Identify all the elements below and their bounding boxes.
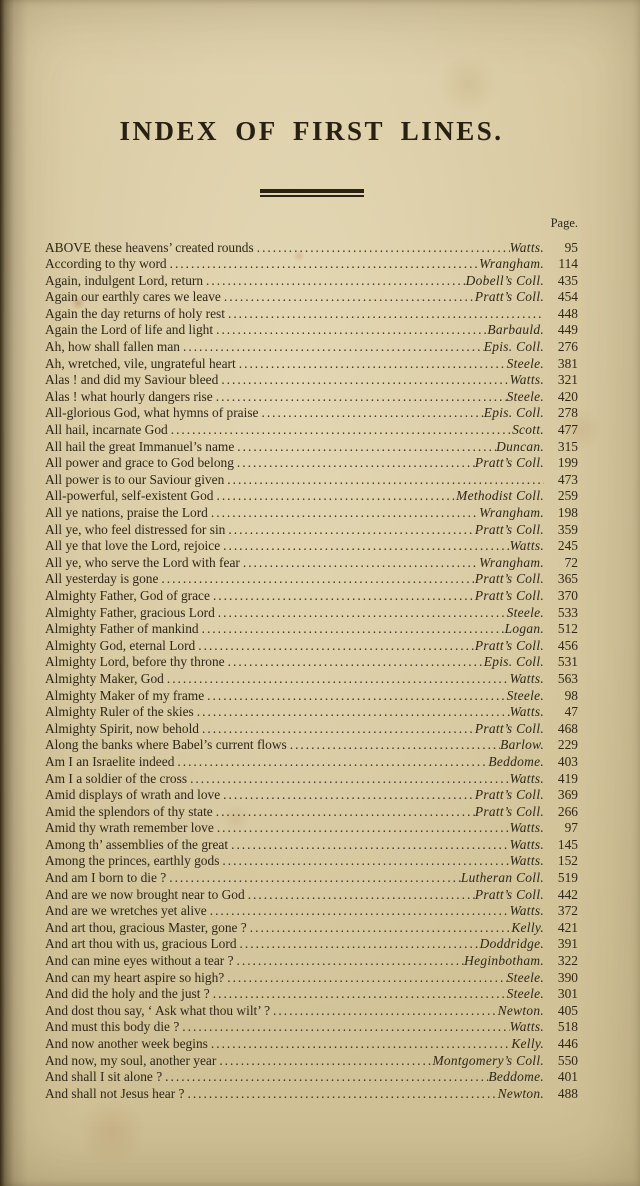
first-line-text: All hail the great Immanuel’s name	[45, 439, 234, 456]
page-number: 266	[549, 804, 578, 821]
author-name: Watts.	[510, 372, 544, 389]
first-line-text: Almighty Spirit, now behold	[45, 721, 199, 738]
page-number: 114	[549, 256, 578, 273]
page-number: 401	[549, 1069, 578, 1086]
page-number: 405	[549, 1003, 578, 1020]
first-line-text: Almighty God, eternal Lord	[45, 638, 195, 655]
first-line-text: And can my heart aspire so high?	[45, 970, 224, 987]
author-name: Steele.	[507, 389, 544, 406]
index-entry: Alas ! and did my Saviour bleed.........…	[45, 372, 578, 389]
dot-leader: ........................................…	[218, 372, 509, 389]
index-entry: All power and grace to God belong.......…	[45, 455, 578, 472]
page-number: 421	[549, 920, 578, 937]
dot-leader: ........................................…	[194, 704, 510, 721]
page-number: 456	[549, 638, 578, 655]
first-line-text: Amid the splendors of thy state	[45, 804, 213, 821]
index-entry: ABOVE these heavens’ created rounds.....…	[45, 240, 578, 257]
dot-leader: ........................................…	[247, 920, 512, 937]
first-line-text: All power and grace to God belong	[45, 455, 234, 472]
dot-leader: ........................................…	[245, 887, 475, 904]
author-name: Logan.	[505, 621, 544, 638]
page-number: 403	[549, 754, 578, 771]
dot-leader: ........................................…	[199, 621, 505, 638]
first-line-text: And am I born to die ?	[45, 870, 166, 887]
scanned-book-page: INDEX OF FIRST LINES. Page. ABOVE these …	[0, 0, 640, 1186]
index-entry: And shall I sit alone ?.................…	[45, 1069, 578, 1086]
first-line-text: And must this body die ?	[45, 1019, 179, 1036]
dot-leader: ........................................…	[270, 1003, 498, 1020]
first-line-text: And are we now brought near to God	[45, 887, 245, 904]
first-line-text: Alas ! what hourly dangers rise	[45, 389, 213, 406]
dot-leader: ........................................…	[213, 804, 475, 821]
dot-leader: ........................................…	[237, 936, 480, 953]
dot-leader: ........................................…	[213, 488, 456, 505]
index-entry: All yesterday is gone...................…	[45, 571, 578, 588]
author-name: Pratt’s Coll.	[475, 588, 544, 605]
page-number: 72	[549, 555, 578, 572]
index-entry: All ye nations, praise the Lord.........…	[45, 505, 578, 522]
dot-leader: ........................................…	[213, 389, 507, 406]
page-number: 145	[549, 837, 578, 854]
page-number: 98	[549, 688, 578, 705]
author-name: Wrangham.	[479, 555, 544, 572]
dot-leader: ........................................…	[215, 605, 507, 622]
first-line-text: All yesterday is gone	[45, 571, 158, 588]
index-entry: According to thy word...................…	[45, 256, 578, 273]
page-number: 519	[549, 870, 578, 887]
first-line-text: And now another week begins	[45, 1036, 208, 1053]
dot-leader: ........................................…	[187, 771, 510, 788]
author-name: Scott.	[512, 422, 544, 439]
dot-leader: ........................................…	[210, 986, 507, 1003]
first-line-text: Almighty Father of mankind	[45, 621, 199, 638]
dot-leader: ........................................…	[168, 422, 512, 439]
index-entry: And are we wretches yet alive...........…	[45, 903, 578, 920]
index-entry: All-glorious God, what hymns of praise..…	[45, 405, 578, 422]
author-name: Beddome.	[488, 754, 544, 771]
first-line-text: Am I a soldier of the cross	[45, 771, 187, 788]
index-entry: Amid the splendors of thy state.........…	[45, 804, 578, 821]
index-entry: Almighty Maker, God.....................…	[45, 671, 578, 688]
page-number: 390	[549, 970, 578, 987]
index-entry: Amid displays of wrath and love.........…	[45, 787, 578, 804]
author-name: Watts.	[510, 820, 544, 837]
first-line-text: And dost thou say, ‘ Ask what thou wilt’…	[45, 1003, 270, 1020]
first-line-text: Almighty Ruler of the skies	[45, 704, 194, 721]
dot-leader: ........................................…	[220, 538, 509, 555]
index-entry: All hail, incarnate God.................…	[45, 422, 578, 439]
dot-leader: ........................................…	[219, 853, 509, 870]
page-number: 449	[549, 322, 578, 339]
page-number: 550	[549, 1053, 578, 1070]
dot-leader: ........................................…	[240, 555, 479, 572]
index-entry: All power is to our Saviour given.......…	[45, 472, 578, 489]
dot-leader: ........................................…	[180, 339, 484, 356]
page-content: INDEX OF FIRST LINES. Page. ABOVE these …	[45, 0, 578, 1102]
dot-leader: ........................................…	[195, 638, 475, 655]
author-name: Montgomery’s Coll.	[432, 1053, 544, 1070]
author-name: Watts.	[510, 771, 544, 788]
page-number: 448	[549, 306, 578, 323]
first-line-text: All ye that love the Lord, rejoice	[45, 538, 220, 555]
first-line-text: Almighty Father, gracious Lord	[45, 605, 215, 622]
page-column-label: Page.	[45, 216, 578, 231]
dot-leader: ........................................…	[254, 240, 510, 257]
first-line-text: Am I an Israelite indeed	[45, 754, 174, 771]
dot-leader: ........................................…	[207, 903, 510, 920]
author-name: Watts.	[510, 837, 544, 854]
first-line-text: And can mine eyes without a tear ?	[45, 953, 234, 970]
index-entry: Almighty Father, God of grace...........…	[45, 588, 578, 605]
dot-leader: ........................................…	[184, 1086, 497, 1103]
dot-leader: ........................................…	[225, 654, 484, 671]
author-name: Pratt’s Coll.	[475, 522, 544, 539]
author-name: Duncan.	[496, 439, 544, 456]
dot-leader: ........................................…	[225, 306, 544, 323]
page-number: 531	[549, 654, 578, 671]
author-name: Watts.	[510, 704, 544, 721]
page-number: 391	[549, 936, 578, 953]
first-line-text: Ah, wretched, vile, ungrateful heart	[45, 356, 236, 373]
author-name: Watts.	[510, 671, 544, 688]
index-entry: All hail the great Immanuel’s name......…	[45, 439, 578, 456]
index-entry: Ah, wretched, vile, ungrateful heart....…	[45, 356, 578, 373]
index-entry: And now another week begins.............…	[45, 1036, 578, 1053]
first-line-text: Almighty Maker of my frame	[45, 688, 204, 705]
dot-leader: ........................................…	[204, 688, 506, 705]
dot-leader: ........................................…	[216, 1053, 432, 1070]
author-name: Methodist Coll.	[456, 488, 544, 505]
first-line-text: Amid thy wrath remember love	[45, 820, 214, 837]
dot-leader: ........................................…	[221, 289, 475, 306]
dot-leader: ........................................…	[208, 1036, 511, 1053]
author-name: Watts.	[510, 1019, 544, 1036]
index-entry: Again, indulgent Lord, return...........…	[45, 273, 578, 290]
index-entry: Almighty Father, gracious Lord..........…	[45, 605, 578, 622]
dot-leader: ........................................…	[234, 953, 465, 970]
index-entry: Again the Lord of life and light........…	[45, 322, 578, 339]
author-name: Pratt’s Coll.	[475, 638, 544, 655]
author-name: Barlow.	[500, 737, 544, 754]
author-name: Epis. Coll.	[484, 654, 544, 671]
page-number: 369	[549, 787, 578, 804]
page-number: 468	[549, 721, 578, 738]
author-name: Watts.	[510, 853, 544, 870]
title-rule	[260, 189, 364, 197]
dot-leader: ........................................…	[258, 405, 483, 422]
page-number: 512	[549, 621, 578, 638]
dot-leader: ........................................…	[214, 820, 510, 837]
author-name: Newton.	[498, 1003, 544, 1020]
dot-leader: ........................................…	[164, 671, 510, 688]
first-line-text: Again the Lord of life and light	[45, 322, 213, 339]
author-name: Pratt’s Coll.	[475, 571, 544, 588]
author-name: Steele.	[507, 986, 544, 1003]
dot-leader: ........................................…	[166, 870, 461, 887]
dot-leader: ........................................…	[208, 505, 479, 522]
author-name: Newton.	[498, 1086, 544, 1103]
index-entry: Am I an Israelite indeed................…	[45, 754, 578, 771]
author-name: Heginbotham.	[464, 953, 544, 970]
page-number: 442	[549, 887, 578, 904]
first-line-text: Almighty Maker, God	[45, 671, 164, 688]
dot-leader: ........................................…	[213, 322, 487, 339]
first-line-text: Almighty Father, God of grace	[45, 588, 210, 605]
page-number: 372	[549, 903, 578, 920]
author-name: Pratt’s Coll.	[475, 455, 544, 472]
page-number: 47	[549, 704, 578, 721]
author-name: Pratt’s Coll.	[475, 289, 544, 306]
index-entry: Again our earthly cares we leave........…	[45, 289, 578, 306]
first-line-text: Amid displays of wrath and love	[45, 787, 220, 804]
dot-leader: ........................................…	[199, 721, 475, 738]
page-number: 420	[549, 389, 578, 406]
dot-leader: ........................................…	[162, 1069, 488, 1086]
page-number: 259	[549, 488, 578, 505]
index-entry: And did the holy and the just ?.........…	[45, 986, 578, 1003]
first-line-text: All-glorious God, what hymns of praise	[45, 405, 258, 422]
author-name: Watts.	[510, 903, 544, 920]
dot-leader: ........................................…	[203, 273, 466, 290]
first-line-text: All ye nations, praise the Lord	[45, 505, 208, 522]
first-line-text: Along the banks where Babel’s current fl…	[45, 737, 287, 754]
author-name: Steele.	[507, 970, 544, 987]
first-line-text: And art thou with us, gracious Lord	[45, 936, 237, 953]
author-name: Dobell’s Coll.	[466, 273, 544, 290]
page-number: 518	[549, 1019, 578, 1036]
first-line-text: And shall I sit alone ?	[45, 1069, 162, 1086]
index-entry: And dost thou say, ‘ Ask what thou wilt’…	[45, 1003, 578, 1020]
page-number: 276	[549, 339, 578, 356]
index-entry: Almighty God, eternal Lord..............…	[45, 638, 578, 655]
dot-leader: ........................................…	[234, 439, 496, 456]
index-entry: Almighty Maker of my frame..............…	[45, 688, 578, 705]
first-line-text: And art thou, gracious Master, gone ?	[45, 920, 247, 937]
dot-leader: ........................................…	[225, 522, 474, 539]
author-name: Barbauld.	[487, 322, 544, 339]
author-name: Pratt’s Coll.	[475, 887, 544, 904]
index-entry: Along the banks where Babel’s current fl…	[45, 737, 578, 754]
dot-leader: ........................................…	[236, 356, 507, 373]
index-entry: And can my heart aspire so high?........…	[45, 970, 578, 987]
page-number: 322	[549, 953, 578, 970]
page-number: 97	[549, 820, 578, 837]
page-number: 198	[549, 505, 578, 522]
page-title: INDEX OF FIRST LINES.	[45, 0, 578, 148]
first-line-text: Almighty Lord, before thy throne	[45, 654, 225, 671]
first-line-text: According to thy word	[45, 256, 167, 273]
index-entry: All ye, who serve the Lord with fear....…	[45, 555, 578, 572]
dot-leader: ........................................…	[210, 588, 475, 605]
dot-leader: ........................................…	[174, 754, 488, 771]
page-number: 454	[549, 289, 578, 306]
page-number: 563	[549, 671, 578, 688]
author-name: Steele.	[507, 605, 544, 622]
page-number: 301	[549, 986, 578, 1003]
index-entry: All-powerful, self-existent God.........…	[45, 488, 578, 505]
dot-leader: ........................................…	[234, 455, 475, 472]
dot-leader: ........................................…	[179, 1019, 509, 1036]
index-entry: Amid thy wrath remember love............…	[45, 820, 578, 837]
index-entry: Ah, how shall fallen man................…	[45, 339, 578, 356]
first-line-text: All ye, who feel distressed for sin	[45, 522, 225, 539]
index-entry: And must this body die ?................…	[45, 1019, 578, 1036]
index-entry: Almighty Father of mankind..............…	[45, 621, 578, 638]
page-number: 315	[549, 439, 578, 456]
dot-leader: ........................................…	[228, 837, 509, 854]
page-number: 245	[549, 538, 578, 555]
dot-leader: ........................................…	[158, 571, 474, 588]
first-line-text: Again, indulgent Lord, return	[45, 273, 203, 290]
dot-leader: ........................................…	[224, 472, 544, 489]
page-number: 359	[549, 522, 578, 539]
index-entry: All ye that love the Lord, rejoice......…	[45, 538, 578, 555]
first-line-text: And shall not Jesus hear ?	[45, 1086, 184, 1103]
author-name: Kelly.	[511, 1036, 544, 1053]
author-name: Wrangham.	[479, 256, 544, 273]
page-number: 229	[549, 737, 578, 754]
author-name: Pratt’s Coll.	[475, 787, 544, 804]
page-number: 370	[549, 588, 578, 605]
first-line-text: And now, my soul, another year	[45, 1053, 216, 1070]
page-number: 365	[549, 571, 578, 588]
first-line-text: All ye, who serve the Lord with fear	[45, 555, 240, 572]
author-name: Steele.	[507, 688, 544, 705]
index-entry: And are we now brought near to God......…	[45, 887, 578, 904]
index-entry: And shall not Jesus hear ?..............…	[45, 1086, 578, 1103]
index-entry: And can mine eyes without a tear ?......…	[45, 953, 578, 970]
page-number: 419	[549, 771, 578, 788]
dot-leader: ........................................…	[287, 737, 500, 754]
page-number: 199	[549, 455, 578, 472]
page-number: 381	[549, 356, 578, 373]
first-line-text: Among the princes, earthly gods	[45, 853, 219, 870]
page-number: 473	[549, 472, 578, 489]
first-line-text: All-powerful, self-existent God	[45, 488, 213, 505]
index-entry: Among the princes, earthly gods.........…	[45, 853, 578, 870]
page-number: 446	[549, 1036, 578, 1053]
first-line-text: ABOVE these heavens’ created rounds	[45, 240, 254, 257]
index-list: ABOVE these heavens’ created rounds.....…	[45, 240, 578, 1103]
page-number: 152	[549, 853, 578, 870]
author-name: Pratt’s Coll.	[475, 721, 544, 738]
author-name: Pratt’s Coll.	[475, 804, 544, 821]
page-number: 435	[549, 273, 578, 290]
index-entry: And art thou, gracious Master, gone ?...…	[45, 920, 578, 937]
page-number: 321	[549, 372, 578, 389]
title-rule-thin-bar	[260, 195, 364, 197]
index-entry: All ye, who feel distressed for sin.....…	[45, 522, 578, 539]
index-entry: Alas ! what hourly dangers rise.........…	[45, 389, 578, 406]
first-line-text: Again the day returns of holy rest	[45, 306, 225, 323]
author-name: Epis. Coll.	[484, 339, 544, 356]
author-name: Watts.	[510, 538, 544, 555]
author-name: Beddome.	[488, 1069, 544, 1086]
author-name: Epis. Coll.	[484, 405, 544, 422]
first-line-text: All hail, incarnate God	[45, 422, 168, 439]
author-name: Watts.	[510, 240, 544, 257]
page-number: 477	[549, 422, 578, 439]
author-name: Doddridge.	[480, 936, 544, 953]
dot-leader: ........................................…	[220, 787, 475, 804]
page-number: 533	[549, 605, 578, 622]
index-entry: And art thou with us, gracious Lord.....…	[45, 936, 578, 953]
index-entry: And now, my soul, another year..........…	[45, 1053, 578, 1070]
index-entry: And am I born to die ?..................…	[45, 870, 578, 887]
dot-leader: ........................................…	[167, 256, 480, 273]
title-rule-thick-bar	[260, 189, 364, 193]
first-line-text: Again our earthly cares we leave	[45, 289, 221, 306]
first-line-text: Among th’ assemblies of the great	[45, 837, 228, 854]
author-name: Lutheran Coll.	[461, 870, 544, 887]
page-number: 278	[549, 405, 578, 422]
index-entry: Almighty Ruler of the skies.............…	[45, 704, 578, 721]
index-entry: Almighty Spirit, now behold.............…	[45, 721, 578, 738]
first-line-text: And are we wretches yet alive	[45, 903, 207, 920]
first-line-text: And did the holy and the just ?	[45, 986, 210, 1003]
first-line-text: All power is to our Saviour given	[45, 472, 224, 489]
first-line-text: Alas ! and did my Saviour bleed	[45, 372, 218, 389]
index-entry: Among th’ assemblies of the great.......…	[45, 837, 578, 854]
index-entry: Am I a soldier of the cross.............…	[45, 771, 578, 788]
index-entry: Almighty Lord, before thy throne........…	[45, 654, 578, 671]
index-entry: Again the day returns of holy rest......…	[45, 306, 578, 323]
page-number: 95	[549, 240, 578, 257]
author-name: Wrangham.	[479, 505, 544, 522]
dot-leader: ........................................…	[224, 970, 506, 987]
author-name: Steele.	[507, 356, 544, 373]
page-number: 488	[549, 1086, 578, 1103]
author-name: Kelly.	[511, 920, 544, 937]
first-line-text: Ah, how shall fallen man	[45, 339, 180, 356]
